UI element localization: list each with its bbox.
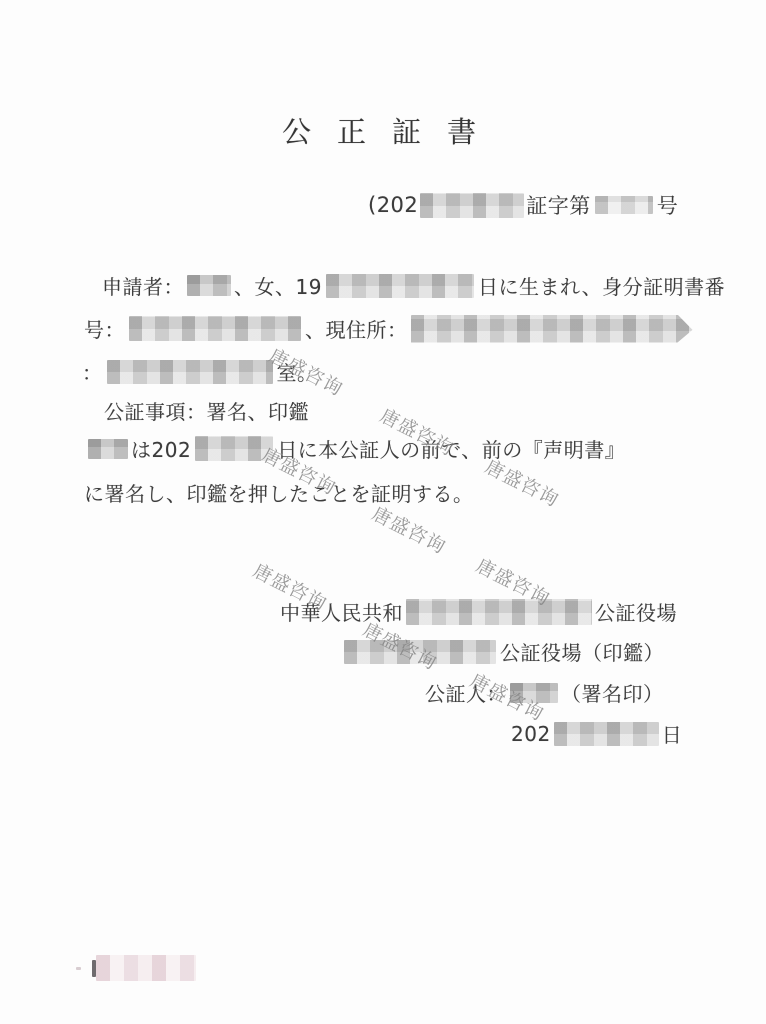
redacted-text — [187, 275, 231, 296]
cert-no-suffix: 号 — [657, 190, 679, 220]
redacted-text — [129, 316, 301, 341]
redacted-text — [107, 360, 273, 384]
cert-no-prefix: (202 — [368, 193, 418, 217]
date-suffix: 日 — [662, 719, 683, 748]
notary-label: 公証人： — [425, 678, 507, 707]
body-line-statement-1: は202日に本公証人の前で、前の『声明書』 — [88, 434, 625, 463]
watermark: 唐盛咨询 — [368, 499, 452, 559]
redacted-text — [344, 640, 496, 664]
redacted-text — [595, 196, 653, 214]
redacted-text — [420, 193, 524, 218]
redacted-text — [411, 315, 693, 343]
scan-artifact-mark — [92, 960, 96, 977]
statement-text: 日に本公証人の前で、前の『声明書』 — [277, 434, 625, 463]
notarial-matter-text: 公証事項：署名、印鑑 — [104, 396, 309, 425]
cert-no-mid: 証字第 — [526, 190, 591, 220]
notary-office-seal-label: 公証役場（印鑑） — [500, 637, 664, 666]
signature-line-office-2: 公証役場（印鑑） — [344, 637, 664, 666]
body-line-applicant: 申請者：、女、19日に生まれ、身分証明書番 — [102, 271, 725, 300]
body-line-notarial-matter: 公証事項：署名、印鑑 — [104, 396, 309, 425]
date-prefix: 202 — [511, 722, 551, 746]
body-line-address-cont: ：室。 — [82, 357, 318, 386]
applicant-id-label: 日に生まれ、身分証明書番 — [478, 271, 725, 300]
certify-text: に署名し、印鑑を押したことを証明する。 — [84, 478, 474, 507]
signature-line-date: 202日 — [511, 719, 682, 748]
address-room-suffix: 室。 — [277, 357, 318, 386]
notarial-certificate-page: 公正証書 (202証字第号 申請者：、女、19日に生まれ、身分証明書番 号：、現… — [0, 0, 766, 1024]
signature-seal-label: （署名印） — [561, 678, 664, 707]
redacted-text — [406, 599, 592, 625]
applicant-label: 申請者： — [102, 271, 184, 300]
redacted-text — [326, 274, 474, 298]
redacted-text — [88, 439, 128, 459]
statement-date-prefix: は202 — [131, 434, 191, 463]
redacted-text — [554, 722, 659, 746]
redacted-text — [195, 436, 273, 461]
redacted-text — [510, 683, 558, 703]
body-line-statement-2: に署名し、印鑑を押したことを証明する。 — [84, 478, 474, 507]
body-line-id-address: 号：、現住所： — [84, 314, 693, 343]
country-prefix: 中華人民共和 — [280, 597, 403, 626]
applicant-gender-birth: 、女、19 — [234, 271, 322, 300]
scan-artifact-dot — [76, 967, 81, 970]
certificate-number-line: (202証字第号 — [368, 190, 678, 220]
signature-line-notary: 公証人：（署名印） — [425, 678, 664, 707]
redacted-stamp-remnant — [96, 955, 196, 981]
document-title: 公正証書 — [282, 110, 502, 151]
signature-line-office-1: 中華人民共和公証役場 — [280, 597, 677, 626]
address-label: 、現住所： — [305, 314, 408, 343]
notary-office-label: 公証役場 — [595, 597, 677, 626]
address-colon: ： — [82, 357, 103, 386]
id-number-label: 号： — [84, 314, 125, 343]
